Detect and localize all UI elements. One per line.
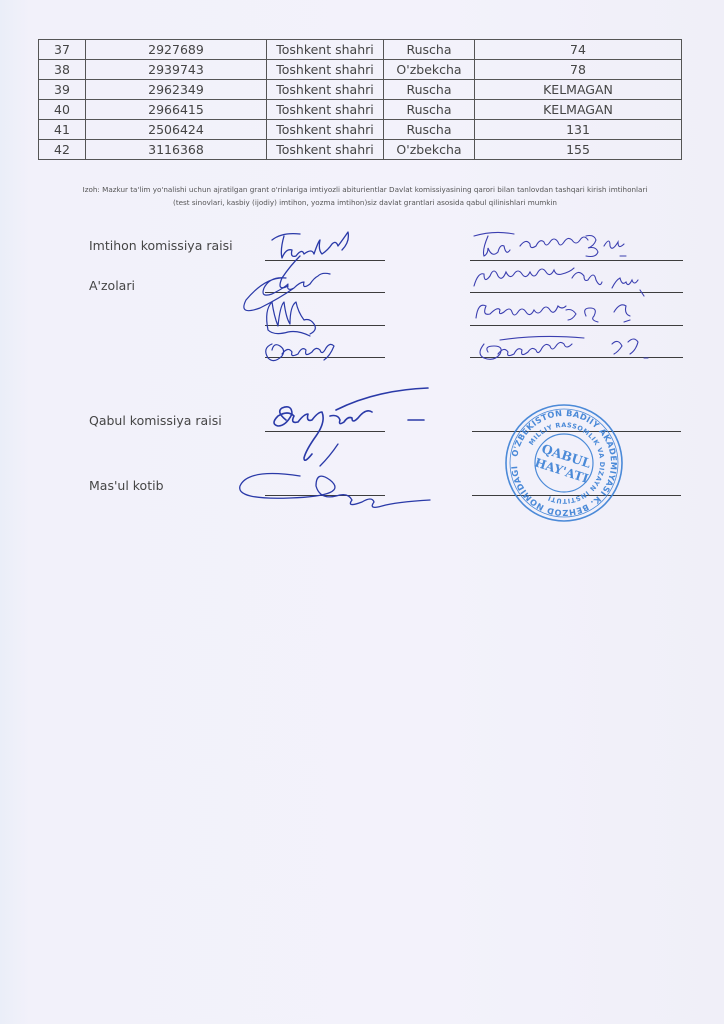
handwritten-name-1 <box>474 232 626 256</box>
row-number-cell: 42 <box>39 140 86 160</box>
region-cell: Toshkent shahri <box>267 100 384 120</box>
signature-member-3 <box>266 344 334 361</box>
members-label: A'zolari <box>89 278 135 293</box>
signature-line-member-3 <box>265 357 385 358</box>
applicant-id-cell: 2506424 <box>86 120 267 140</box>
applicant-id-cell: 2939743 <box>86 60 267 80</box>
language-cell: O'zbekcha <box>384 140 475 160</box>
table-row: 412506424Toshkent shahriRuscha131 <box>39 120 682 140</box>
document-page: 372927689Toshkent shahriRuscha7438293974… <box>0 0 724 1024</box>
name-line-member-3 <box>470 357 683 358</box>
name-line-chair <box>470 260 683 261</box>
applicant-id-cell: 3116368 <box>86 140 267 160</box>
stamp-svg: O'ZBEKISTON BADIIY AKADEMIYASI K. BEHZOD… <box>503 402 625 524</box>
score-cell: KELMAGAN <box>475 80 682 100</box>
applicant-id-cell: 2962349 <box>86 80 267 100</box>
score-cell: KELMAGAN <box>475 100 682 120</box>
score-cell: 74 <box>475 40 682 60</box>
region-cell: Toshkent shahri <box>267 80 384 100</box>
signature-line-secretary <box>265 495 385 496</box>
signature-line-admission-chair <box>265 431 385 432</box>
handwritten-name-3 <box>476 305 630 322</box>
table-row: 402966415Toshkent shahriRuschaKELMAGAN <box>39 100 682 120</box>
handwritten-name-4 <box>480 336 648 359</box>
signature-admission-chair <box>274 388 428 460</box>
applicant-id-cell: 2927689 <box>86 40 267 60</box>
responsible-secretary-label: Mas'ul kotib <box>89 478 164 493</box>
signature-line-chair <box>265 260 385 261</box>
row-number-cell: 40 <box>39 100 86 120</box>
name-line-member-2 <box>470 325 683 326</box>
note-line-2: (test sinovlari, kasbiy (ijodiy) imtihon… <box>30 196 700 209</box>
note-text: Izoh: Mazkur ta'lim yo'nalishi uchun ajr… <box>30 183 700 209</box>
row-number-cell: 38 <box>39 60 86 80</box>
table-row: 423116368Toshkent shahriO'zbekcha155 <box>39 140 682 160</box>
score-cell: 131 <box>475 120 682 140</box>
language-cell: Ruscha <box>384 40 475 60</box>
region-cell: Toshkent shahri <box>267 140 384 160</box>
table-row: 392962349Toshkent shahriRuschaKELMAGAN <box>39 80 682 100</box>
table-row: 382939743Toshkent shahriO'zbekcha78 <box>39 60 682 80</box>
score-cell: 155 <box>475 140 682 160</box>
signature-line-member-2 <box>265 325 385 326</box>
signature-secretary <box>240 444 430 507</box>
row-number-cell: 37 <box>39 40 86 60</box>
row-number-cell: 39 <box>39 80 86 100</box>
applicant-id-cell: 2966415 <box>86 100 267 120</box>
exam-commission-chair-label: Imtihon komissiya raisi <box>89 238 233 253</box>
row-number-cell: 41 <box>39 120 86 140</box>
signature-member-2 <box>267 302 316 336</box>
admission-commission-chair-label: Qabul komissiya raisi <box>89 413 222 428</box>
results-table: 372927689Toshkent shahriRuscha7438293974… <box>38 39 682 160</box>
region-cell: Toshkent shahri <box>267 60 384 80</box>
region-cell: Toshkent shahri <box>267 120 384 140</box>
language-cell: Ruscha <box>384 80 475 100</box>
table-row: 372927689Toshkent shahriRuscha74 <box>39 40 682 60</box>
region-cell: Toshkent shahri <box>267 40 384 60</box>
results-table-body: 372927689Toshkent shahriRuscha7438293974… <box>39 40 682 160</box>
language-cell: Ruscha <box>384 120 475 140</box>
signature-line-member-1 <box>265 292 385 293</box>
score-cell: 78 <box>475 60 682 80</box>
name-line-member-1 <box>470 292 683 293</box>
language-cell: Ruscha <box>384 100 475 120</box>
admission-committee-stamp: O'ZBEKISTON BADIIY AKADEMIYASI K. BEHZOD… <box>503 402 625 524</box>
language-cell: O'zbekcha <box>384 60 475 80</box>
note-line-1: Izoh: Mazkur ta'lim yo'nalishi uchun ajr… <box>30 183 700 196</box>
